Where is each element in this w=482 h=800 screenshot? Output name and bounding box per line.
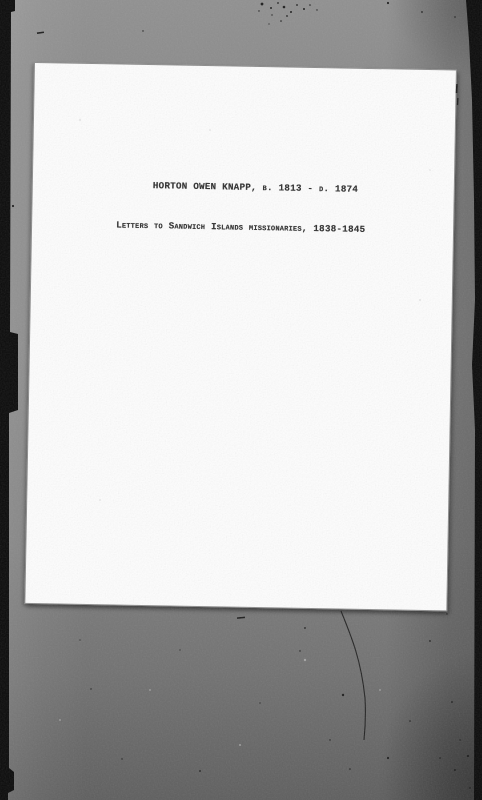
document-page: HORTON OWEN KNAPP, b. 1813 - d. 1874 Let… — [24, 62, 457, 611]
microfilm-frame: HORTON OWEN KNAPP, b. 1813 - d. 1874 Let… — [0, 0, 482, 800]
document-title: HORTON OWEN KNAPP, b. 1813 - d. 1874 — [153, 180, 358, 195]
document-subtitle: Letters to Sandwich Islands missionaries… — [116, 219, 365, 234]
